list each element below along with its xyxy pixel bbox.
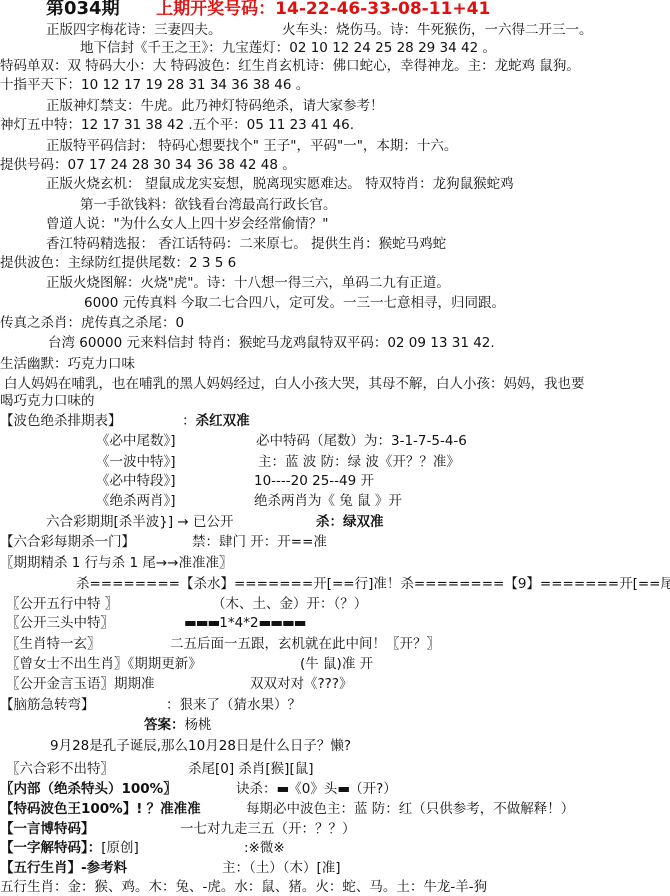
wave-king-label: 【特码波色王100%】!	[0, 801, 142, 817]
fire-mystery: 正版火烧玄机： 望鼠成龙实妄想，脱离现实愿难达。 特双特肖：龙狗鼠猴蛇鸡	[46, 175, 514, 193]
door-value: 禁：肆门 开：开==准	[192, 533, 327, 551]
provided-numbers: 提供号码：07 17 24 28 30 34 36 38 42 48 。	[0, 156, 296, 174]
no-special-label: 〖六合彩不出特〗	[6, 760, 114, 778]
five-element-label: 〖公开五行中特 〗	[6, 595, 118, 613]
wave-kill-value: 杀红双准	[196, 413, 250, 429]
special-flat-envelope: 正版特平码信封： 特码心想要找个" 王子"，平码"一"，本期：十六。	[46, 137, 457, 155]
tail-label: 《必中尾数》]	[96, 432, 176, 450]
magic-lamp: 正版神灯禁支：牛虎。此乃神灯特码绝杀，请大家参考！	[46, 97, 384, 115]
humor-title: 生活幽默：巧克力口味	[0, 355, 135, 373]
fax-6000: 6000 元传真料 今取二七合四八，定可发。一三一七意相寻，归同跟。	[84, 294, 505, 312]
wave-king-row: 【特码波色王100%】! ？准准准	[0, 800, 201, 818]
bar-icon: ▬	[277, 781, 289, 797]
two-kill-label: 《绝杀两肖》]	[96, 492, 176, 510]
wave-kill-label: 【波色绝杀排期表】	[0, 413, 122, 429]
title-row: 第034期 上期开奖号码：14-22-46-33-08-11+41	[46, 0, 490, 19]
bar-icon: ▬▬▬▬	[259, 615, 306, 631]
five-zodiac-label: 【五行生肖】-参考料	[0, 859, 127, 877]
humor-text: 白人妈妈在哺乳，也在哺乳的黑人妈妈经过，白人小孩大哭，其母不解，白人小孩：妈妈，…	[4, 375, 585, 393]
half-wave-label: 六合彩期期[杀半波}] → 已公开	[46, 513, 234, 531]
one-char-label: 【一字解特码】：	[0, 840, 101, 856]
plum-poem: 正版四字梅花诗：三妻四夫。	[46, 21, 222, 39]
two-kill-value: 绝杀两肖为《 兔 鼠 》开	[254, 492, 402, 510]
ten-fingers: 十指平天下：10 12 17 19 28 31 34 36 38 46 。	[0, 76, 309, 94]
provided-color: 提供波色：主绿防红提供尾数：2 3 5 6	[0, 254, 236, 272]
confucius-riddle: 9月28是孔子诞辰,那么10月28日是什么日子？懒?	[50, 737, 351, 755]
three-head-row: ▬▬▬1*4*2▬▬▬▬	[184, 614, 306, 632]
zodiac-riddle-label: 〖生肖特一玄〗	[6, 635, 101, 653]
fax-kill: 传真之杀肖：虎传真之杀尾：0	[0, 314, 184, 332]
one-word-label: 【一言博特码】	[0, 820, 95, 838]
wave-label: 《一波中特》]	[96, 453, 176, 471]
brain-teaser-value: ：狠来了（猜水果）？	[166, 696, 301, 714]
bar-icon: ▬	[337, 781, 349, 797]
first-hand-material: 第一手欲钱料：欲钱看台湾最高行政长官。	[80, 196, 337, 214]
zodiac-riddle-value: 二五后面一五跟，玄机就在此中间！〖开？〗	[170, 635, 440, 653]
last-draw-label: 上期开奖号码：	[156, 0, 275, 19]
five-element-value: （木、土、金）开：（？）	[212, 595, 367, 613]
one-word-value: 一七对九走三五（开：？？）	[180, 820, 356, 838]
internal-row: 诀杀：▬《0》头▬（开?）	[236, 780, 397, 798]
wave-value: 主：蓝 波 防：绿 波《开？？准》	[258, 453, 460, 471]
three-head-label: 〖公开三头中特〗	[6, 614, 114, 632]
half-wave-value: 绿双准	[343, 514, 384, 530]
golden-words-value: 双双对对《???》	[250, 675, 353, 693]
ms-zeng-value: (牛 鼠)准 开	[300, 655, 373, 673]
answer-value: 杨桃	[185, 717, 212, 733]
wave-king-value: 每期必中波色主：蓝 防：红（只供参考，不做解释！）	[246, 800, 574, 818]
segment-value: 10----20 25--49 开	[254, 472, 374, 490]
answer-row: 答案：杨桃	[144, 716, 212, 734]
lamp-five: 神灯五中特：12 17 31 38 42 .五个平：05 11 23 41 46…	[0, 116, 354, 134]
issue-number: 第034期	[46, 0, 120, 19]
train-head: 火车头：烧伤马。诗：牛死猴伤，一六得二开三一。	[282, 21, 593, 39]
underground-envelope: 地下信封《千王之王》：九宝莲灯：02 10 12 24 25 28 29 34 …	[80, 39, 496, 57]
golden-words-label: 〖公开金言玉语〗期期准	[6, 675, 155, 693]
one-char-value: :※微※	[244, 839, 285, 857]
row-tail-label: 〖期期精杀 1 行与杀 1 尾→→准准准〗	[0, 554, 232, 572]
wave-kill-row: 【波色绝杀排期表】 ：杀红双准	[0, 412, 250, 430]
door-label: 【六合彩每期杀一门】	[0, 533, 135, 551]
one-char-row: 【一字解特码】：[原创]	[0, 839, 139, 857]
special-code-info: 特码单双：双 特码大小：大 特码波色：红生肖玄机诗：佛口蛇心，幸得神龙。主：龙蛇…	[0, 57, 580, 75]
segment-label: 《必中特段》]	[96, 472, 176, 490]
zeng-says: 曾道人说："为什么女人上四十岁会经常偷情？"	[46, 215, 328, 233]
fire-diagram: 正版火烧图解：火烧"虎"。诗：十八想一得三六，单码二九有正道。	[46, 274, 450, 292]
last-draw-numbers: 14-22-46-33-08-11+41	[275, 0, 490, 19]
bar-icon: ▬▬▬	[184, 615, 219, 631]
ms-zeng-label: 〖曾女士不出生肖〗《期期更新》	[6, 655, 202, 673]
five-zodiac-value: 主：（土）（木）[准]	[222, 859, 341, 877]
no-special-value: 杀尾[0] 杀肖[猴][鼠]	[188, 760, 313, 778]
taiwan-envelope: 台湾 60000 元来料信封 特肖：猴蛇马龙鸡鼠特双平码：02 09 13 31…	[48, 334, 495, 352]
humor-text-end: 喝巧克力口味的	[0, 392, 95, 410]
brain-teaser-label: 【脑筋急转弯】	[0, 696, 95, 714]
half-wave-row: 杀：绿双准	[316, 513, 384, 531]
hongkong-report: 香江特码精选报： 香江话特码：二来原七。 提供生肖：猴蛇马鸡蛇	[46, 235, 446, 253]
five-zodiac-list: 五行生肖：金：猴、鸡。木：兔、-虎。水：鼠、猪。火：蛇、马。土：牛龙-羊-狗	[0, 878, 487, 896]
row-tail-value: 杀========【杀水】=======开[==行]准！杀========【9】…	[76, 575, 670, 593]
internal-label: 〖内部（绝杀特头）100%〗	[0, 780, 177, 798]
three-head-value: 1*4*2	[219, 615, 258, 631]
tail-value: 必中特码（尾数）为：3-1-7-5-4-6	[256, 432, 467, 450]
